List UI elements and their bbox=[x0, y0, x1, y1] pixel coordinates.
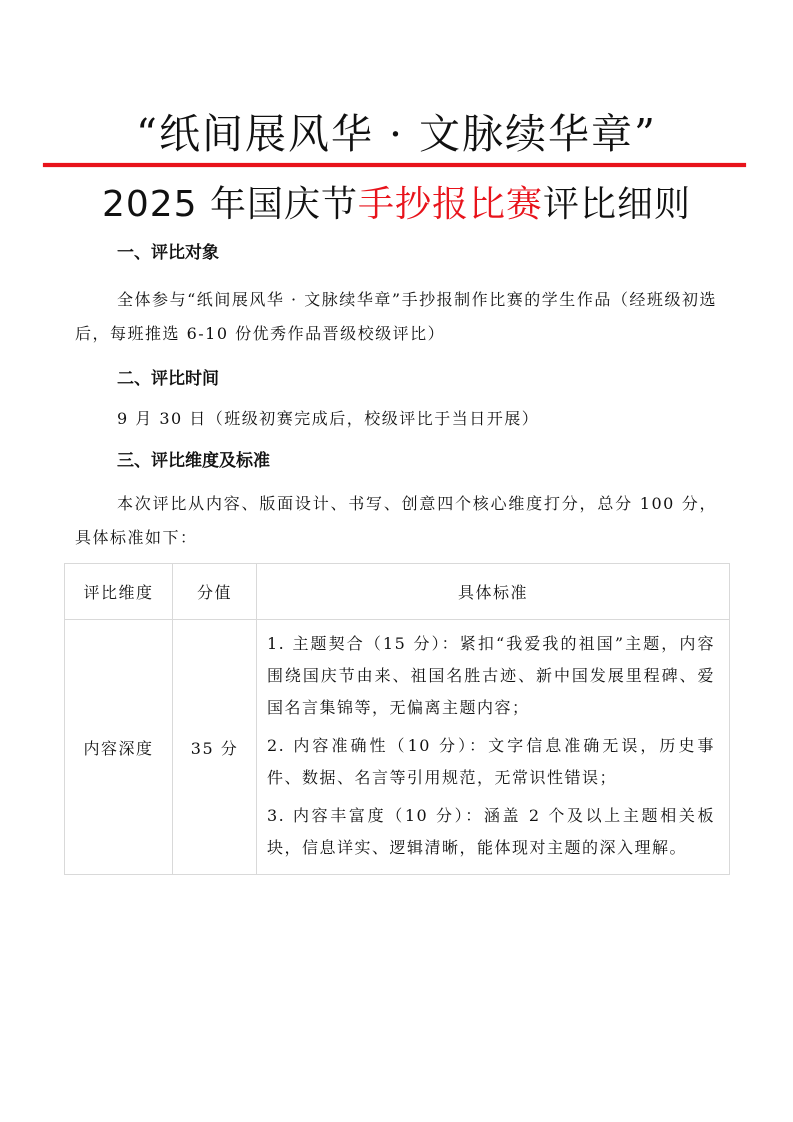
section-body-criteria: 本次评比从内容、版面设计、书写、创意四个核心维度打分，总分 100 分，具体标准… bbox=[75, 487, 717, 555]
section-heading-time: 二、评比时间 bbox=[117, 367, 219, 391]
header-dimension: 评比维度 bbox=[65, 564, 173, 620]
document-subtitle: 2025 年国庆节手抄报比赛评比细则 bbox=[0, 180, 793, 230]
cell-score: 35 分 bbox=[173, 620, 257, 875]
section-body-target: 全体参与“纸间展风华 · 文脉续华章”手抄报制作比赛的学生作品（经班级初选后，每… bbox=[75, 283, 717, 351]
section-heading-criteria: 三、评比维度及标准 bbox=[117, 449, 270, 473]
criteria-table: 评比维度 分值 具体标准 内容深度 35 分 1. 主题契合（15 分）：紧扣“… bbox=[64, 563, 730, 875]
cell-criteria: 1. 主题契合（15 分）：紧扣“我爱我的祖国”主题，内容围绕国庆节由来、祖国名… bbox=[257, 620, 730, 875]
table-header-row: 评比维度 分值 具体标准 bbox=[65, 564, 730, 620]
document-page: “纸间展风华 · 文脉续华章” 2025 年国庆节手抄报比赛评比细则 一、评比对… bbox=[0, 0, 793, 1122]
document-title: “纸间展风华 · 文脉续华章” bbox=[0, 108, 793, 160]
criteria-item: 2. 内容准确性（10 分）：文字信息准确无误，历史事件、数据、名言等引用规范，… bbox=[267, 730, 715, 794]
subtitle-suffix: 评比细则 bbox=[543, 184, 691, 225]
table-row: 内容深度 35 分 1. 主题契合（15 分）：紧扣“我爱我的祖国”主题，内容围… bbox=[65, 620, 730, 875]
section-heading-target: 一、评比对象 bbox=[117, 241, 219, 265]
criteria-item: 3. 内容丰富度（10 分）：涵盖 2 个及以上主题相关板块，信息详实、逻辑清晰… bbox=[267, 800, 715, 864]
header-score: 分值 bbox=[173, 564, 257, 620]
title-divider-rule bbox=[43, 163, 746, 167]
subtitle-prefix: 2025 年国庆节 bbox=[102, 184, 358, 225]
criteria-item: 1. 主题契合（15 分）：紧扣“我爱我的祖国”主题，内容围绕国庆节由来、祖国名… bbox=[267, 628, 715, 724]
subtitle-highlight: 手抄报比赛 bbox=[358, 184, 543, 225]
cell-dimension: 内容深度 bbox=[65, 620, 173, 875]
header-criteria: 具体标准 bbox=[257, 564, 730, 620]
section-body-time: 9 月 30 日（班级初赛完成后，校级评比于当日开展） bbox=[117, 407, 539, 431]
